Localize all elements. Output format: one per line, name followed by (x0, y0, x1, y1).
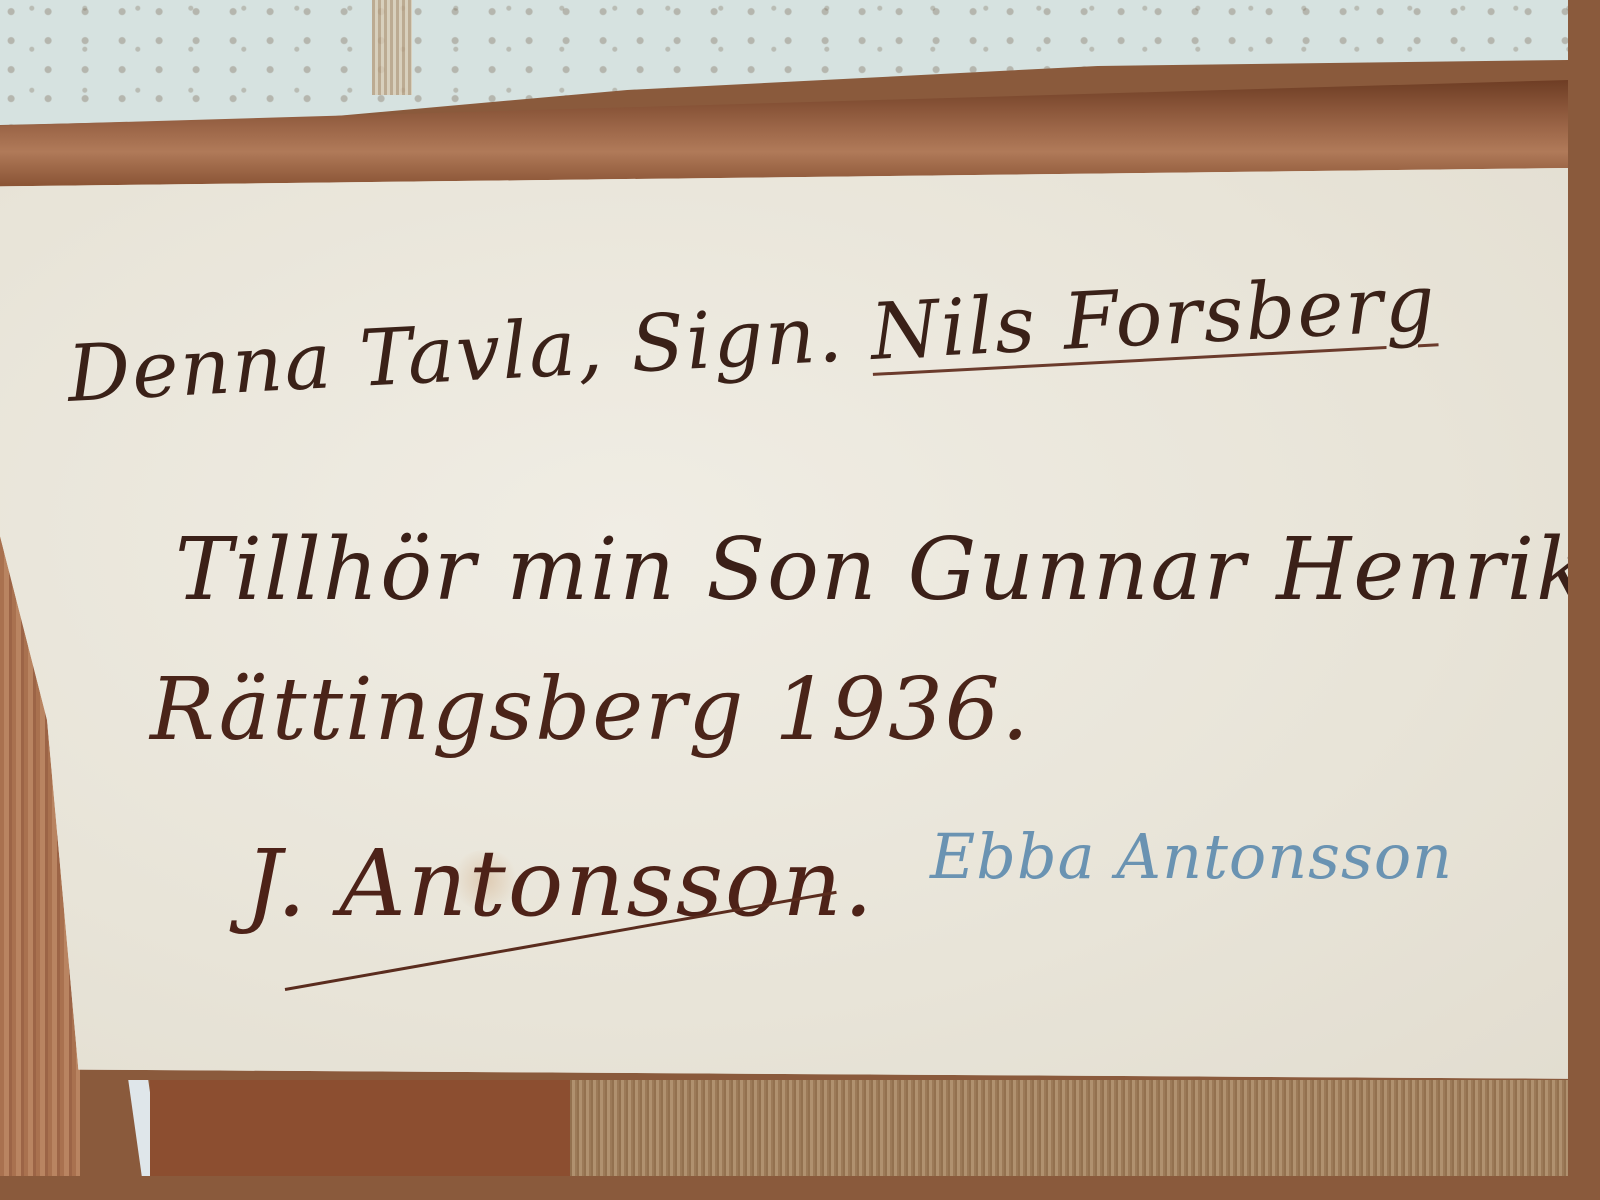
label-line-1-prefix: Denna Tavla, Sign. (65, 288, 873, 420)
label-line-1: Denna Tavla, Sign. Nils Forsberg (65, 258, 1438, 420)
signature-j-antonsson: J. Antonsson. (245, 830, 875, 937)
artist-name: Nils Forsberg (868, 258, 1438, 378)
handwriting-layer: Denna Tavla, Sign. Nils Forsberg Tillhör… (0, 0, 1568, 1176)
label-line-2: Tillhör min Son Gunnar Henrik (175, 520, 1568, 620)
signature-ebba-antonsson: Ebba Antonsson (930, 820, 1453, 893)
label-line-3-place-date: Rättingsberg 1936. (150, 660, 1031, 760)
